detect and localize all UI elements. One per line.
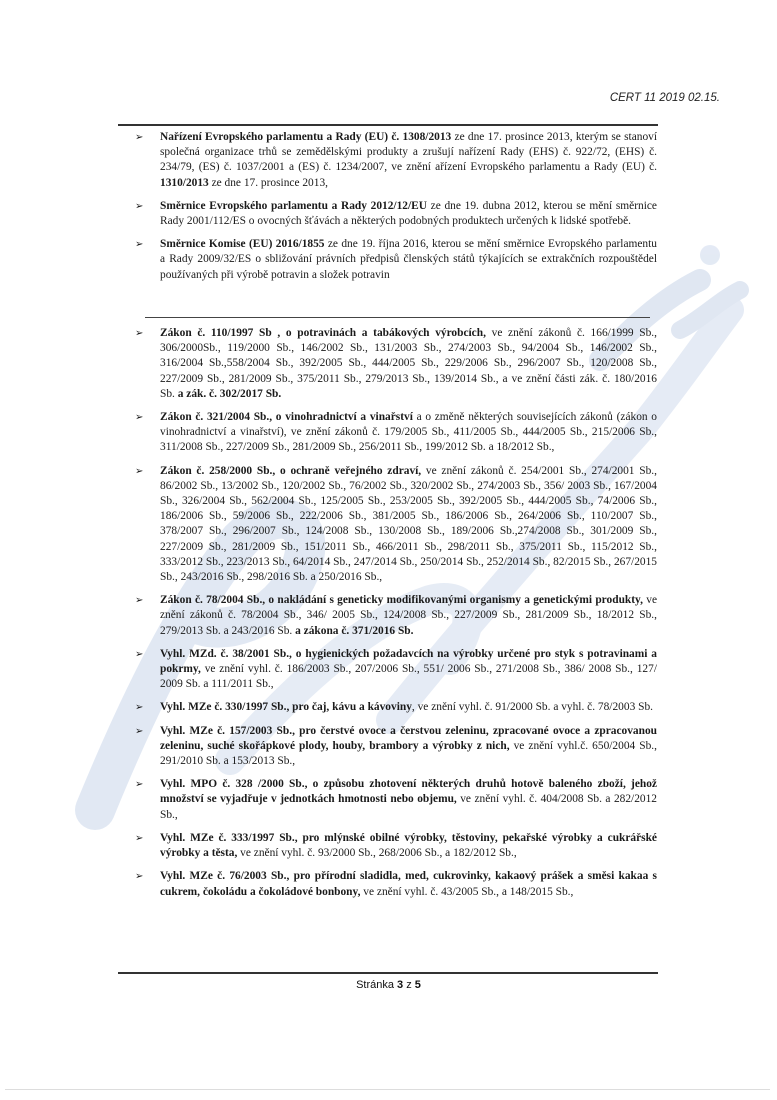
arrow-bullet-icon: ➢ [135,410,143,425]
item-text: ve znění vyhl. č. 93/2000 Sb., 268/2006 … [237,847,516,859]
page-label: Stránka [356,979,394,991]
item-text-2: ze dne 17. prosince 2013, [209,177,328,189]
page-separator: z [406,979,412,991]
list-item: ➢ Vyhl. MZe č. 333/1997 Sb., pro mlýnské… [135,831,657,861]
arrow-bullet-icon: ➢ [135,326,143,341]
national-laws-list: ➢ Zákon č. 110/1997 Sb , o potravinách a… [135,326,657,908]
arrow-bullet-icon: ➢ [135,869,143,884]
page-current: 3 [397,979,403,991]
list-item: ➢ Zákon č. 321/2004 Sb., o vinohradnictv… [135,410,657,456]
arrow-bullet-icon: ➢ [135,777,143,792]
item-text: ve znění vyhl. č. 186/2003 Sb., 207/2006… [160,663,657,690]
list-item: ➢ Nařízení Evropského parlamentu a Rady … [135,130,657,191]
arrow-bullet-icon: ➢ [135,199,143,214]
arrow-bullet-icon: ➢ [135,237,143,252]
item-title-2: a zák. č. 302/2017 Sb. [178,388,281,400]
item-title: Vyhl. MZe č. 330/1997 Sb., pro čaj, kávu… [160,701,412,713]
arrow-bullet-icon: ➢ [135,724,143,739]
item-text: , ve znění vyhl. č. 91/2000 Sb. a vyhl. … [412,701,653,713]
eu-regulations-list: ➢ Nařízení Evropského parlamentu a Rady … [135,130,657,291]
arrow-bullet-icon: ➢ [135,700,143,715]
arrow-bullet-icon: ➢ [135,593,143,608]
item-title: Směrnice Evropského parlamentu a Rady 20… [160,200,427,212]
list-item: ➢ Vyhl. MZd. č. 38/2001 Sb., o hygienick… [135,647,657,693]
item-title: Zákon č. 78/2004 Sb., o nakládání s gene… [160,594,643,606]
item-title: Nařízení Evropského parlamentu a Rady (E… [160,131,451,143]
list-item: ➢ Vyhl. MZe č. 157/2003 Sb., pro čerstvé… [135,724,657,770]
document-id: CERT 11 2019 02.15. [540,92,720,104]
arrow-bullet-icon: ➢ [135,464,143,479]
page-total: 5 [415,979,421,991]
item-title-2: 1310/2013 [160,177,209,189]
list-item: ➢ Vyhl. MZe č. 76/2003 Sb., pro přírodní… [135,869,657,899]
list-item: ➢ Vyhl. MPO č. 328 /2000 Sb., o způsobu … [135,777,657,823]
section-divider [145,317,650,318]
top-divider [118,124,658,126]
item-text: ve znění zákonů č. 254/2001 Sb., 274/200… [160,465,657,583]
list-item: ➢ Zákon č. 258/2000 Sb., o ochraně veřej… [135,464,657,586]
item-title: Zákon č. 258/2000 Sb., o ochraně veřejné… [160,465,421,477]
arrow-bullet-icon: ➢ [135,130,143,145]
list-item: ➢ Vyhl. MZe č. 330/1997 Sb., pro čaj, ká… [135,700,657,715]
arrow-bullet-icon: ➢ [135,831,143,846]
list-item: ➢ Zákon č. 110/1997 Sb , o potravinách a… [135,326,657,402]
list-item: ➢ Zákon č. 78/2004 Sb., o nakládání s ge… [135,593,657,639]
item-title: Směrnice Komise (EU) 2016/1855 [160,238,325,250]
list-item: ➢ Směrnice Komise (EU) 2016/1855 ze dne … [135,237,657,283]
item-title: Zákon č. 321/2004 Sb., o vinohradnictví … [160,411,413,423]
scan-edge-line [5,1089,770,1090]
item-title: Zákon č. 110/1997 Sb , o potravinách a t… [160,327,486,339]
footer-divider [118,972,658,974]
list-item: ➢ Směrnice Evropského parlamentu a Rady … [135,199,657,229]
arrow-bullet-icon: ➢ [135,647,143,662]
item-title-2: a zákona č. 371/2016 Sb. [295,625,413,637]
page-number: Stránka 3 z 5 [0,979,777,991]
item-text: ve znění vyhl. č. 43/2005 Sb., a 148/201… [360,886,573,898]
